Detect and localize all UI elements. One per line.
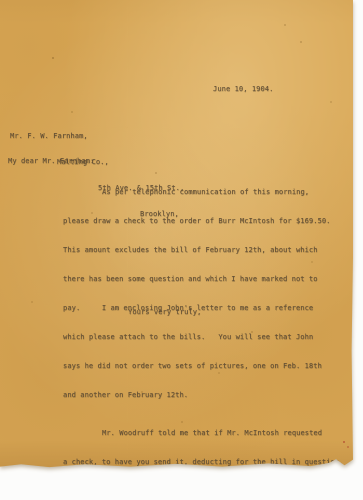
paper-shadow-wrap: June 10, 1904. Mr. F. W. Farnham, Maltin… xyxy=(0,0,353,468)
body-line: Mr. Woodruff told me that if Mr. McIntos… xyxy=(102,427,347,440)
letter-paper: June 10, 1904. Mr. F. W. Farnham, Maltin… xyxy=(0,0,353,468)
letter-body: As per telephonic communication of this … xyxy=(63,170,347,485)
scanned-letter-page: June 10, 1904. Mr. F. W. Farnham, Maltin… xyxy=(0,0,363,500)
body-line: This amount excludes the bill of Februar… xyxy=(63,244,347,257)
body-line: As per telephonic communication of this … xyxy=(102,186,347,199)
body-line: which please attach to the bills. You wi… xyxy=(63,331,347,344)
paper-foxing-speckles xyxy=(0,0,2,2)
body-line: says he did not order two sets of pictur… xyxy=(63,360,347,373)
salutation: My dear Mr. Farnham: xyxy=(8,157,94,165)
body-line: there has been some question and which I… xyxy=(63,273,347,286)
closing-valediction: Yours very truly, xyxy=(128,308,201,316)
body-line: and another on February 12th. xyxy=(63,389,347,402)
body-line: a check, to have you send it, deducting … xyxy=(63,456,347,469)
body-line: pay. I am enclosing John's letter to me … xyxy=(63,302,347,315)
body-line: please draw a check to the order of Burr… xyxy=(63,215,347,228)
letter-date: June 10, 1904. xyxy=(213,85,273,93)
recipient-name: Mr. F. W. Farnham, xyxy=(10,131,184,141)
